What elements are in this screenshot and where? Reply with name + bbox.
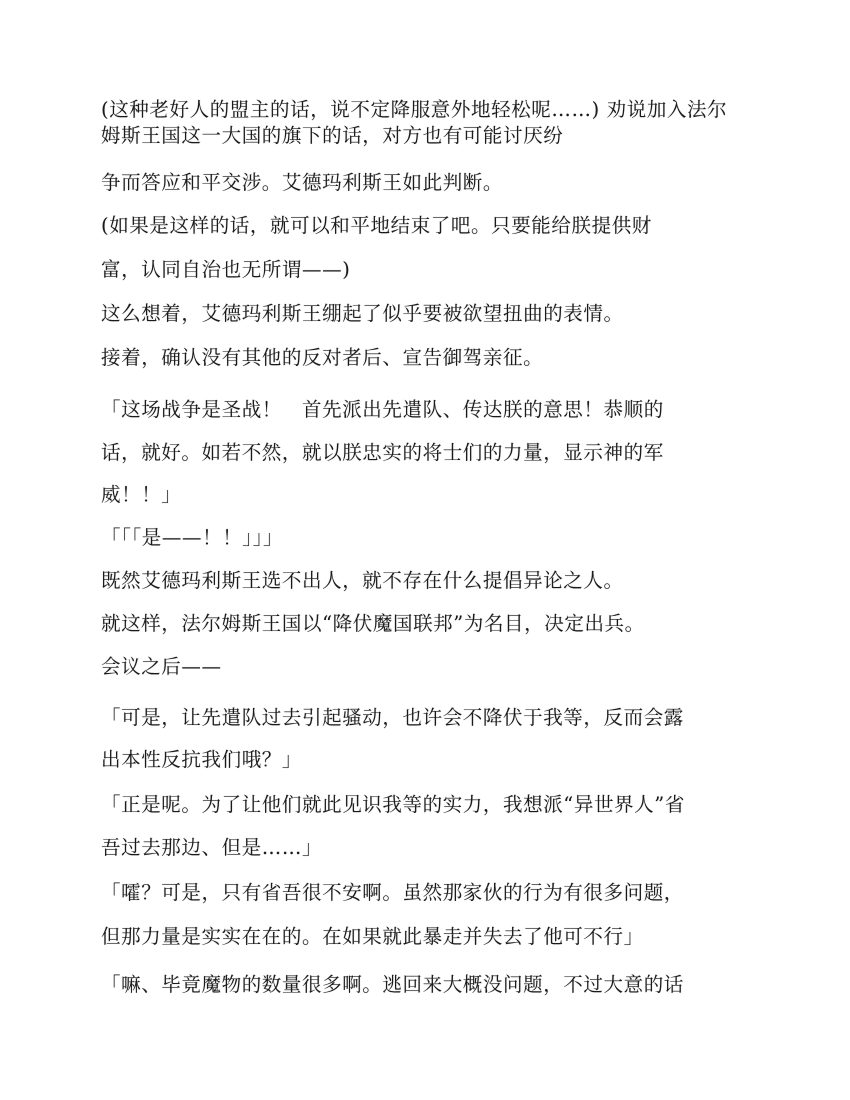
document-page: (这种老好人的盟主的话，说不定降服意外地轻松呢……) 劝说加入法尔 姆斯王国这一… (0, 0, 850, 1100)
dialogue-line-18: 吾过去那边、但是……」 (101, 836, 322, 860)
dialogue-line-10: 威！！」 (101, 483, 181, 507)
text-line-12: 既然艾德玛利斯王选不出人，就不存在什么提倡异论之人。 (101, 569, 624, 593)
text-line-13: 就这样，法尔姆斯王国以“降伏魔国联邦”为名目，决定出兵。 (101, 612, 645, 636)
dialogue-line-20: 但那力量是实实在在的。在如果就此暴走并失去了他可不行」 (101, 925, 644, 949)
text-line-3: 争而答应和平交涉。艾德玛利斯王如此判断。 (101, 171, 503, 195)
text-line-4: (如果是这样的话，就可以和平地结束了吧。只要能给朕提供财 (101, 214, 652, 238)
dialogue-line-15: 「可是，让先遣队过去引起骚动，也许会不降伏于我等，反而会露 (101, 706, 684, 730)
dialogue-line-9: 话，就好。如若不然，就以朕忠实的将士们的力量，显示神的军 (101, 441, 664, 465)
dialogue-line-11: 「「「是——！！」」」 (101, 526, 283, 550)
text-line-14: 会议之后—— (101, 655, 222, 679)
dialogue-line-17: 「正是呢。为了让他们就此见识我等的实力，我想派“异世界人”省 (101, 793, 685, 817)
dialogue-line-8: 「这场战争是圣战！ 首先派出先遣队、传达朕的意思！恭顺的 (101, 398, 664, 422)
text-line-6: 这么想着，艾德玛利斯王绷起了似乎要被欲望扭曲的表情。 (101, 302, 624, 326)
text-line-5: 富，认同自治也无所谓——) (101, 258, 350, 282)
text-line-2: 姆斯王国这一大国的旗下的话，对方也有可能讨厌纷 (101, 124, 563, 148)
dialogue-line-19: 「嚯？可是，只有省吾很不安啊。虽然那家伙的行为有很多问题， (101, 881, 684, 905)
dialogue-line-21: 「嘛、毕竟魔物的数量很多啊。逃回来大概没问题，不过大意的话 (101, 973, 684, 997)
dialogue-line-16: 出本性反抗我们哦？」 (101, 748, 302, 772)
text-line-1: (这种老好人的盟主的话，说不定降服意外地轻松呢……) 劝说加入法尔 (101, 98, 727, 122)
text-line-7: 接着，确认没有其他的反对者后、宣告御驾亲征。 (101, 346, 543, 370)
